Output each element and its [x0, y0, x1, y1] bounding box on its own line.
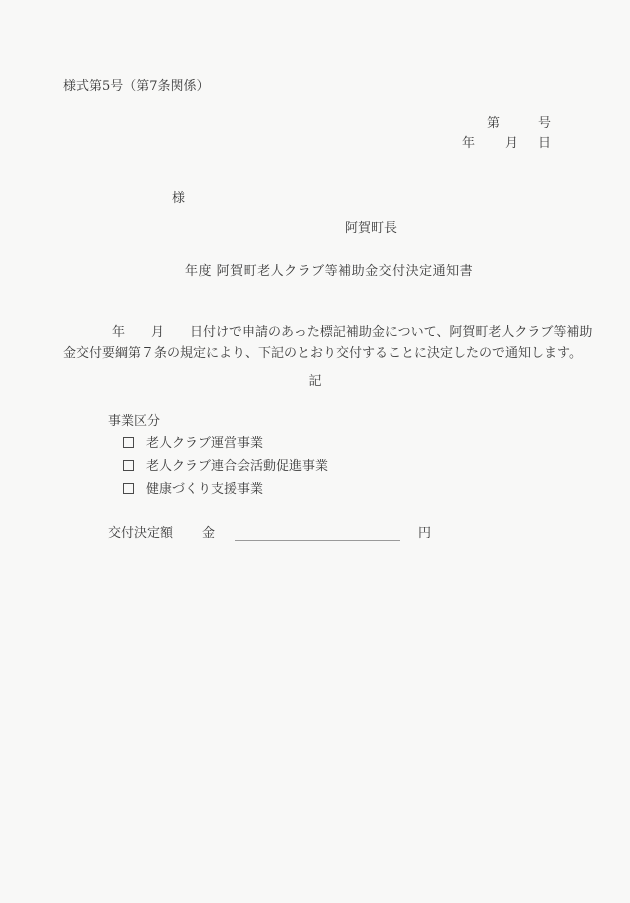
checkbox-icon	[123, 437, 134, 448]
business-section-heading: 事業区分	[108, 415, 160, 428]
document-number-suffix: 号	[538, 117, 551, 130]
checkbox-row-health-support: 健康づくり支援事業	[123, 483, 263, 496]
date-day-label: 日	[538, 137, 551, 150]
checkbox-row-club-operation: 老人クラブ運営事業	[123, 437, 263, 450]
checkbox-label: 老人クラブ運営事業	[146, 436, 263, 451]
date-month-label: 月	[505, 137, 518, 150]
amount-blank-field	[235, 527, 400, 541]
document-page: 様式第5号（第7条関係） 第 号 年 月 日 様 阿賀町長 年度 阿賀町老人クラ…	[0, 0, 630, 903]
document-title: 年度 阿賀町老人クラブ等補助金交付決定通知書	[185, 265, 473, 278]
checkbox-label: 老人クラブ連合会活動促進事業	[146, 459, 328, 474]
checkbox-icon	[123, 460, 134, 471]
checkbox-icon	[123, 483, 134, 494]
checkbox-row-federation-promotion: 老人クラブ連合会活動促進事業	[123, 460, 328, 473]
checkbox-label: 健康づくり支援事業	[146, 482, 263, 497]
record-marker: 記	[0, 375, 630, 388]
form-number: 様式第5号（第7条関係）	[63, 80, 210, 93]
body-line-2: 金交付要綱第７条の規定により、下記のとおり交付することに決定したので通知します。	[63, 343, 571, 364]
amount-currency-prefix: 金	[202, 527, 215, 540]
body-paragraph: 年 月 日付けで申請のあった標記補助金について、阿賀町老人クラブ等補助 金交付要…	[63, 322, 571, 364]
document-number-prefix: 第	[487, 117, 500, 130]
amount-currency-suffix: 円	[418, 527, 431, 540]
amount-label: 交付決定額	[108, 527, 173, 540]
date-year-label: 年	[462, 137, 475, 150]
addressee-honorific: 様	[172, 192, 185, 205]
sender-title: 阿賀町長	[345, 222, 397, 235]
body-line-1: 年 月 日付けで申請のあった標記補助金について、阿賀町老人クラブ等補助	[63, 322, 571, 343]
